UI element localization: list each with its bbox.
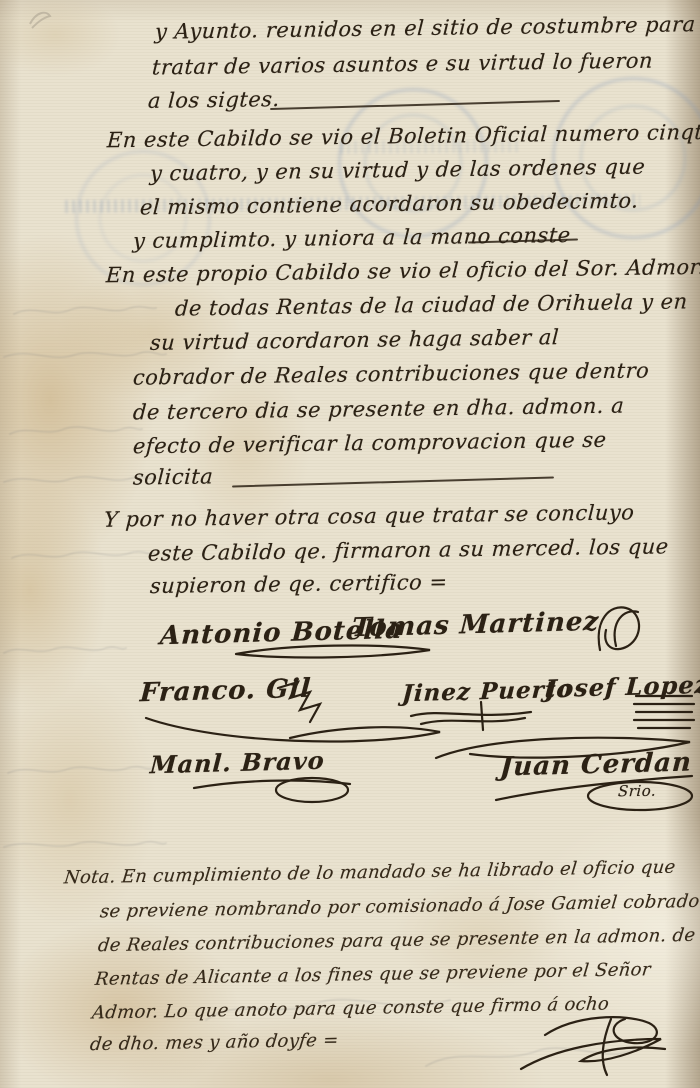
bleedthrough-writing <box>4 760 154 782</box>
manuscript-line: cobrador de Reales contribuciones que de… <box>132 358 650 389</box>
nota-line: Rentas de Alicante a los fines que se pr… <box>94 959 652 990</box>
manuscript-line: efecto de verificar la comprovacion que … <box>132 428 607 459</box>
manuscript-line: solicita <box>132 464 214 489</box>
bleedthrough-writing <box>0 835 170 857</box>
nota-line: Nota. En cumplimiento de lo mandado se h… <box>63 857 677 889</box>
manuscript-line: a los sigtes. <box>147 87 280 113</box>
nota-line: de dho. mes y año doyfe = <box>89 1030 340 1055</box>
manuscript-line: este Cabildo qe. firmaron a su merced. l… <box>147 534 669 565</box>
signature-flourish <box>492 766 697 814</box>
signature-flourish <box>230 640 440 666</box>
manuscript-line: supieron de qe. certifico = <box>149 570 448 598</box>
pencil-mark <box>26 6 66 32</box>
bleedthrough-writing <box>10 300 160 322</box>
manuscript-line: y Ayunto. reunidos en el sitio de costum… <box>154 12 696 44</box>
closing-rubric-signature <box>515 1005 675 1083</box>
signature-flourish <box>590 600 654 658</box>
manuscript-line: el mismo contiene acordaron su obedecimt… <box>139 189 639 220</box>
bleedthrough-writing <box>6 420 146 442</box>
manuscript-line: tratar de varios asuntos e su virtud lo … <box>151 48 653 79</box>
ink-rule <box>232 477 554 488</box>
bleedthrough-writing <box>0 345 170 367</box>
signature-tomas-martinez: Tomas Martinez <box>351 607 600 644</box>
nota-line: de Reales contribuciones para que se pre… <box>97 925 697 956</box>
manuscript-line: de todas Rentas de la ciudad de Orihuela… <box>174 289 688 320</box>
signature-flourish <box>190 770 360 806</box>
nota-line: se previene nombrando por comisionado á … <box>99 891 700 923</box>
manuscript-line: su virtud acordaron se haga saber al <box>149 325 559 355</box>
manuscript-page: y Ayunto. reunidos en el sitio de costum… <box>0 0 700 1088</box>
manuscript-line: de tercero dia se presente en dha. admon… <box>132 394 625 425</box>
bleedthrough-writing <box>8 545 158 567</box>
manuscript-line: y cumplimto. y uniora a la mano conste <box>132 223 571 253</box>
manuscript-line: Y por no haver otra cosa que tratar se c… <box>103 500 635 531</box>
bleedthrough-writing <box>0 640 130 662</box>
